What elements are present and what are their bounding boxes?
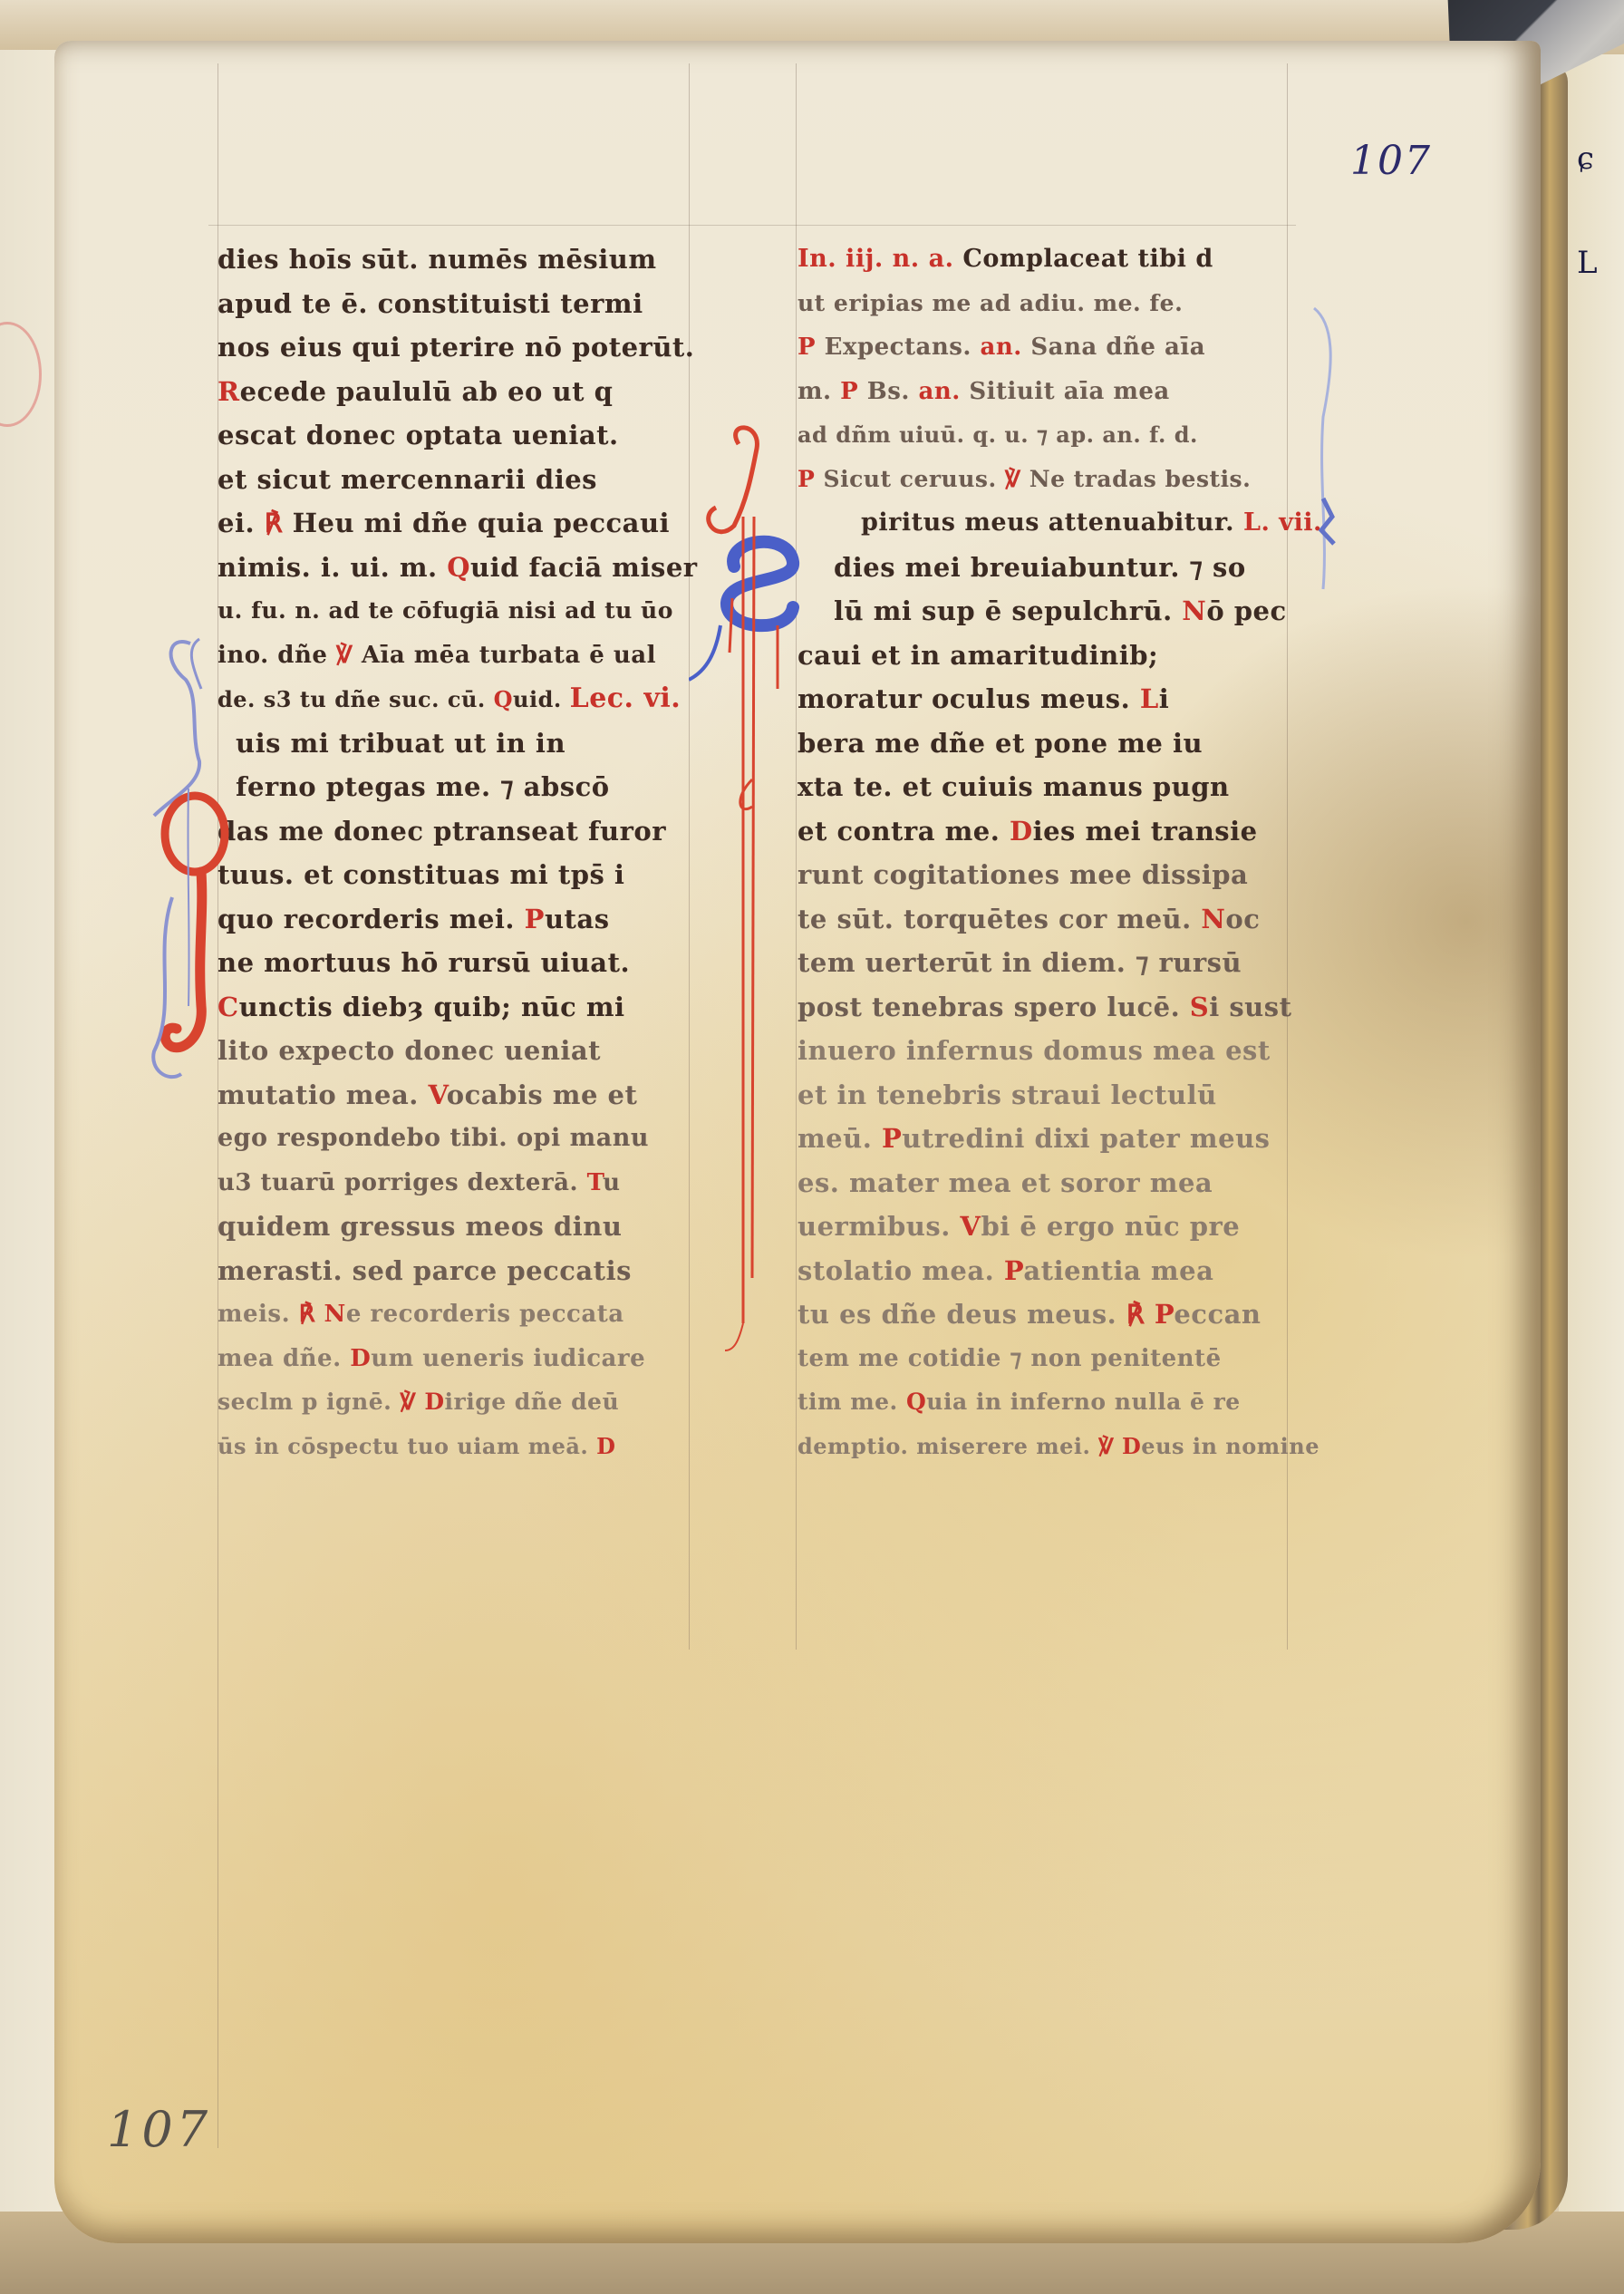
text-line: nos eius qui pterire nō poterūt. xyxy=(217,325,689,370)
rubric: Q xyxy=(447,552,470,583)
rubric: P xyxy=(840,378,858,405)
rubric: N xyxy=(1201,904,1225,934)
rubric: D xyxy=(596,1433,615,1459)
rubric: Q xyxy=(494,686,513,712)
text-line: m. P Bs. an. Sitiuit aīa mea xyxy=(797,370,1287,414)
text-line: caui et in amaritudinib; xyxy=(797,634,1287,678)
text-line: das me donec ptranseat furor xyxy=(217,809,689,854)
rubric: D xyxy=(1010,816,1033,847)
text-line: quo recorderis mei. Putas xyxy=(217,897,689,942)
text-line: tem uerterūt in diem. ⁊ rursū xyxy=(797,941,1287,985)
text-line: uis mi tribuat ut in in xyxy=(217,721,689,766)
rubric: P xyxy=(525,904,545,934)
text-line: meis. ℟ Ne recorderis peccata xyxy=(217,1292,689,1337)
lectio-heading: Lec. vi. xyxy=(570,682,681,714)
text-line: es. mater mea et soror mea xyxy=(797,1161,1287,1205)
text-line: mea dñe. Dum ueneris iudicare xyxy=(217,1337,689,1381)
rubric: S xyxy=(1190,992,1209,1022)
text-line: runt cogitationes mee dissipa xyxy=(797,853,1287,897)
text-line: uermibus. Vbi ē ergo nūc pre xyxy=(797,1205,1287,1249)
text-line: escat donec optata ueniat. xyxy=(217,413,689,458)
rubric: T xyxy=(587,1169,603,1196)
text-line: In. iij. n. a. Complaceat tibi d xyxy=(797,237,1287,282)
text-line: quidem gressus meos dinu xyxy=(217,1205,689,1249)
text-line: ino. dñe ℣ Aīa mēa turbata ē ual xyxy=(217,634,689,678)
folio-number-top: 107 xyxy=(1350,138,1432,184)
text-line: u3 tuarū porriges dexterā. Tu xyxy=(217,1161,689,1205)
initial-q-decoration-icon xyxy=(136,625,236,1097)
rubric: V xyxy=(428,1079,446,1110)
rubric: P xyxy=(1004,1255,1024,1286)
text-line: inuero infernus domus mea est xyxy=(797,1029,1287,1073)
text-line: et contra me. Dies mei transie xyxy=(797,809,1287,854)
rubric: ℣ xyxy=(336,642,353,669)
rubric: V xyxy=(960,1211,981,1242)
rubric: P xyxy=(797,334,816,361)
text-line: tu es dñe deus meus. ℟ Peccan xyxy=(797,1292,1287,1337)
text-line: moratur oculus meus. Li xyxy=(797,677,1287,721)
text-line: stolatio mea. Patientia mea xyxy=(797,1249,1287,1293)
text-column-left: dies hoīs sūt. numēs mēsium apud te ē. c… xyxy=(217,237,689,1468)
rubric: ℣ xyxy=(401,1389,417,1415)
rubric: In. iij. n. a. xyxy=(797,245,953,273)
text-line: seclm p ignē. ℣ Dirige dñe deū xyxy=(217,1380,689,1425)
text-line: dies hoīs sūt. numēs mēsium xyxy=(217,237,689,282)
rubric: L xyxy=(1140,683,1159,714)
text-line: ei. ℟ Heu mi dñe quia peccaui xyxy=(217,501,689,546)
rubric: ℟ xyxy=(299,1301,315,1328)
text-line: bera me dñe et pone me iu xyxy=(797,721,1287,766)
text-line: lito expecto donec ueniat xyxy=(217,1029,689,1073)
rubric: ℣ xyxy=(1098,1433,1114,1459)
rubric: R xyxy=(217,376,240,407)
text-line: post tenebras spero lucē. Si sust xyxy=(797,985,1287,1030)
text-line: ne mortuus hō rursū uiuat. xyxy=(217,941,689,985)
text-line: mutatio mea. Vocabis me et xyxy=(217,1073,689,1118)
text-line: te sūt. torquētes cor meū. Noc xyxy=(797,897,1287,942)
text-line: demptio. miserere mei. ℣ Deus in nomine xyxy=(797,1425,1287,1469)
margin-penwork-icon xyxy=(1296,299,1359,662)
text-line: tuus. et constituas mi tps̄ i xyxy=(217,853,689,897)
rubric: ℟ xyxy=(1126,1299,1145,1330)
text-line: ad dñm uiuū. q. u. ⁊ ap. an. f. d. xyxy=(797,413,1287,458)
text-line: merasti. sed parce peccatis xyxy=(217,1249,689,1293)
initial-s-decoration-icon xyxy=(689,417,816,1505)
text-line: xta te. et cuiuis manus pugn xyxy=(797,765,1287,809)
text-line: et sicut mercennarii dies xyxy=(217,458,689,502)
text-line: lū mi sup ē sepulchrū. Nō pec xyxy=(797,589,1287,634)
text-line: P Expectans. an. Sana dñe aīa xyxy=(797,325,1287,370)
folio-number-bottom: 107 xyxy=(107,2101,211,2158)
text-line: meū. Putredini dixi pater meus xyxy=(797,1117,1287,1161)
text-line: ego respondebo tibi. opi manu xyxy=(217,1117,689,1161)
text-line: ut eripias me ad adiu. me. fe. xyxy=(797,282,1287,326)
text-line: P Sicut ceruus. ℣ Ne tradas bestis. xyxy=(797,458,1287,502)
text-line: ūs in cōspectu tuo uiam meā. D xyxy=(217,1425,689,1469)
ruling-line xyxy=(1287,63,1288,1650)
rubric: P xyxy=(882,1123,902,1154)
rubric: ℟ xyxy=(265,508,283,538)
text-line: Cunctis diebȝ quib; nūc mi xyxy=(217,985,689,1030)
text-line: ferno ptegas me. ⁊ abscō xyxy=(217,765,689,809)
library-stamp-icon xyxy=(0,322,42,427)
text-line: nimis. i. ui. m. Quid faciā miser xyxy=(217,546,689,590)
facing-page-edge: ɕ L xyxy=(1559,54,1624,2266)
text-line: piritus meus attenuabitur. L. vii. xyxy=(797,501,1287,546)
text-line: u. fu. n. ad te cōfugiā nisi ad tu ūo xyxy=(217,589,689,634)
ruling-line xyxy=(208,225,1296,226)
text-line: apud te ē. constituisti termi xyxy=(217,282,689,326)
facing-page-glyph: L xyxy=(1577,245,1598,281)
text-line: tem me cotidie ⁊ non penitentē xyxy=(797,1337,1287,1381)
rubric: N xyxy=(1182,595,1206,626)
facing-page-glyph: ɕ xyxy=(1577,140,1594,177)
text-line: tim me. Quia in inferno nulla ē re xyxy=(797,1380,1287,1425)
text-column-right: In. iij. n. a. Complaceat tibi d ut erip… xyxy=(797,237,1287,1468)
manuscript-photo: ɕ L 107 107 dies hoīs sūt. numēs mēsium … xyxy=(0,0,1624,2294)
rubric: D xyxy=(350,1345,371,1372)
text-line: dies mei breuiabuntur. ⁊ so xyxy=(797,546,1287,590)
rubric: Q xyxy=(906,1389,926,1415)
text-line: et in tenebris straui lectulū xyxy=(797,1073,1287,1118)
text-line: de. s3 tu dñe suc. cū. Quid. Lec. vi. xyxy=(217,677,689,721)
text-line: Recede paululū ab eo ut q xyxy=(217,370,689,414)
